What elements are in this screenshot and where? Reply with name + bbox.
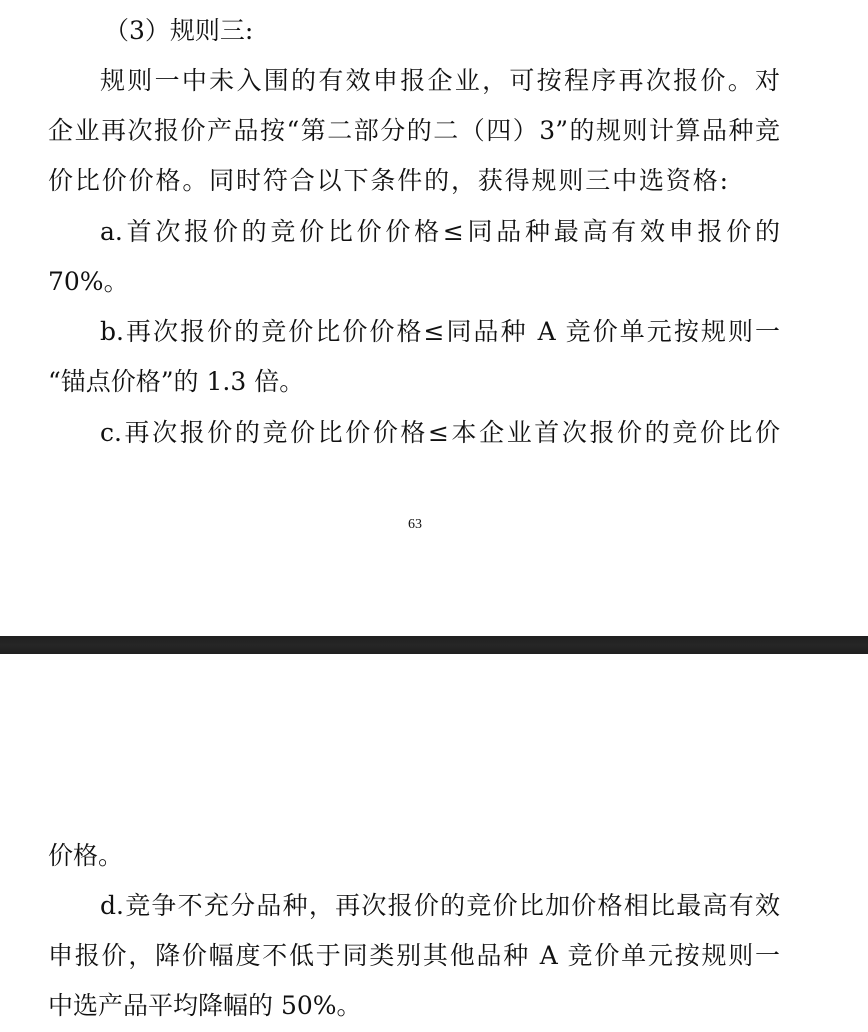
condition-a-line: 70%。 (48, 265, 129, 299)
paragraph-line: 规则一中未入围的有效申报企业，可按程序再次报价。对 (100, 64, 780, 98)
page-separator (0, 636, 868, 654)
condition-d-line: d.竞争不充分品种，再次报价的竞价比加价格相比最高有效 (100, 889, 780, 923)
rule-three-heading: （3）规则三: (104, 14, 253, 48)
condition-c-line: 价格。 (48, 839, 123, 873)
condition-d-line: 中选产品平均降幅的 50%。 (48, 989, 362, 1023)
document-page-64: 价格。 d.竞争不充分品种，再次报价的竞价比加价格相比最高有效 申报价，降价幅度… (0, 654, 868, 1032)
paragraph-line: 价比价价格。同时符合以下条件的，获得规则三中选资格: (48, 164, 728, 198)
condition-a-line: a.首次报价的竞价比价价格≤同品种最高有效申报价的 (100, 215, 780, 249)
condition-c-line: c.再次报价的竞价比价价格≤本企业首次报价的竞价比价 (100, 416, 780, 450)
page-number: 63 (400, 516, 430, 534)
paragraph-line: 企业再次报价产品按“第二部分的二（四）3”的规则计算品种竞 (48, 114, 780, 148)
condition-b-line: “锚点价格”的 1.3 倍。 (48, 365, 304, 399)
condition-b-line: b.再次报价的竞价比价价格≤同品种 A 竞价单元按规则一 (100, 315, 780, 349)
condition-d-line: 申报价，降价幅度不低于同类别其他品种 A 竞价单元按规则一 (48, 939, 780, 973)
document-page-63: （3）规则三: 规则一中未入围的有效申报企业，可按程序再次报价。对 企业再次报价… (0, 0, 868, 636)
